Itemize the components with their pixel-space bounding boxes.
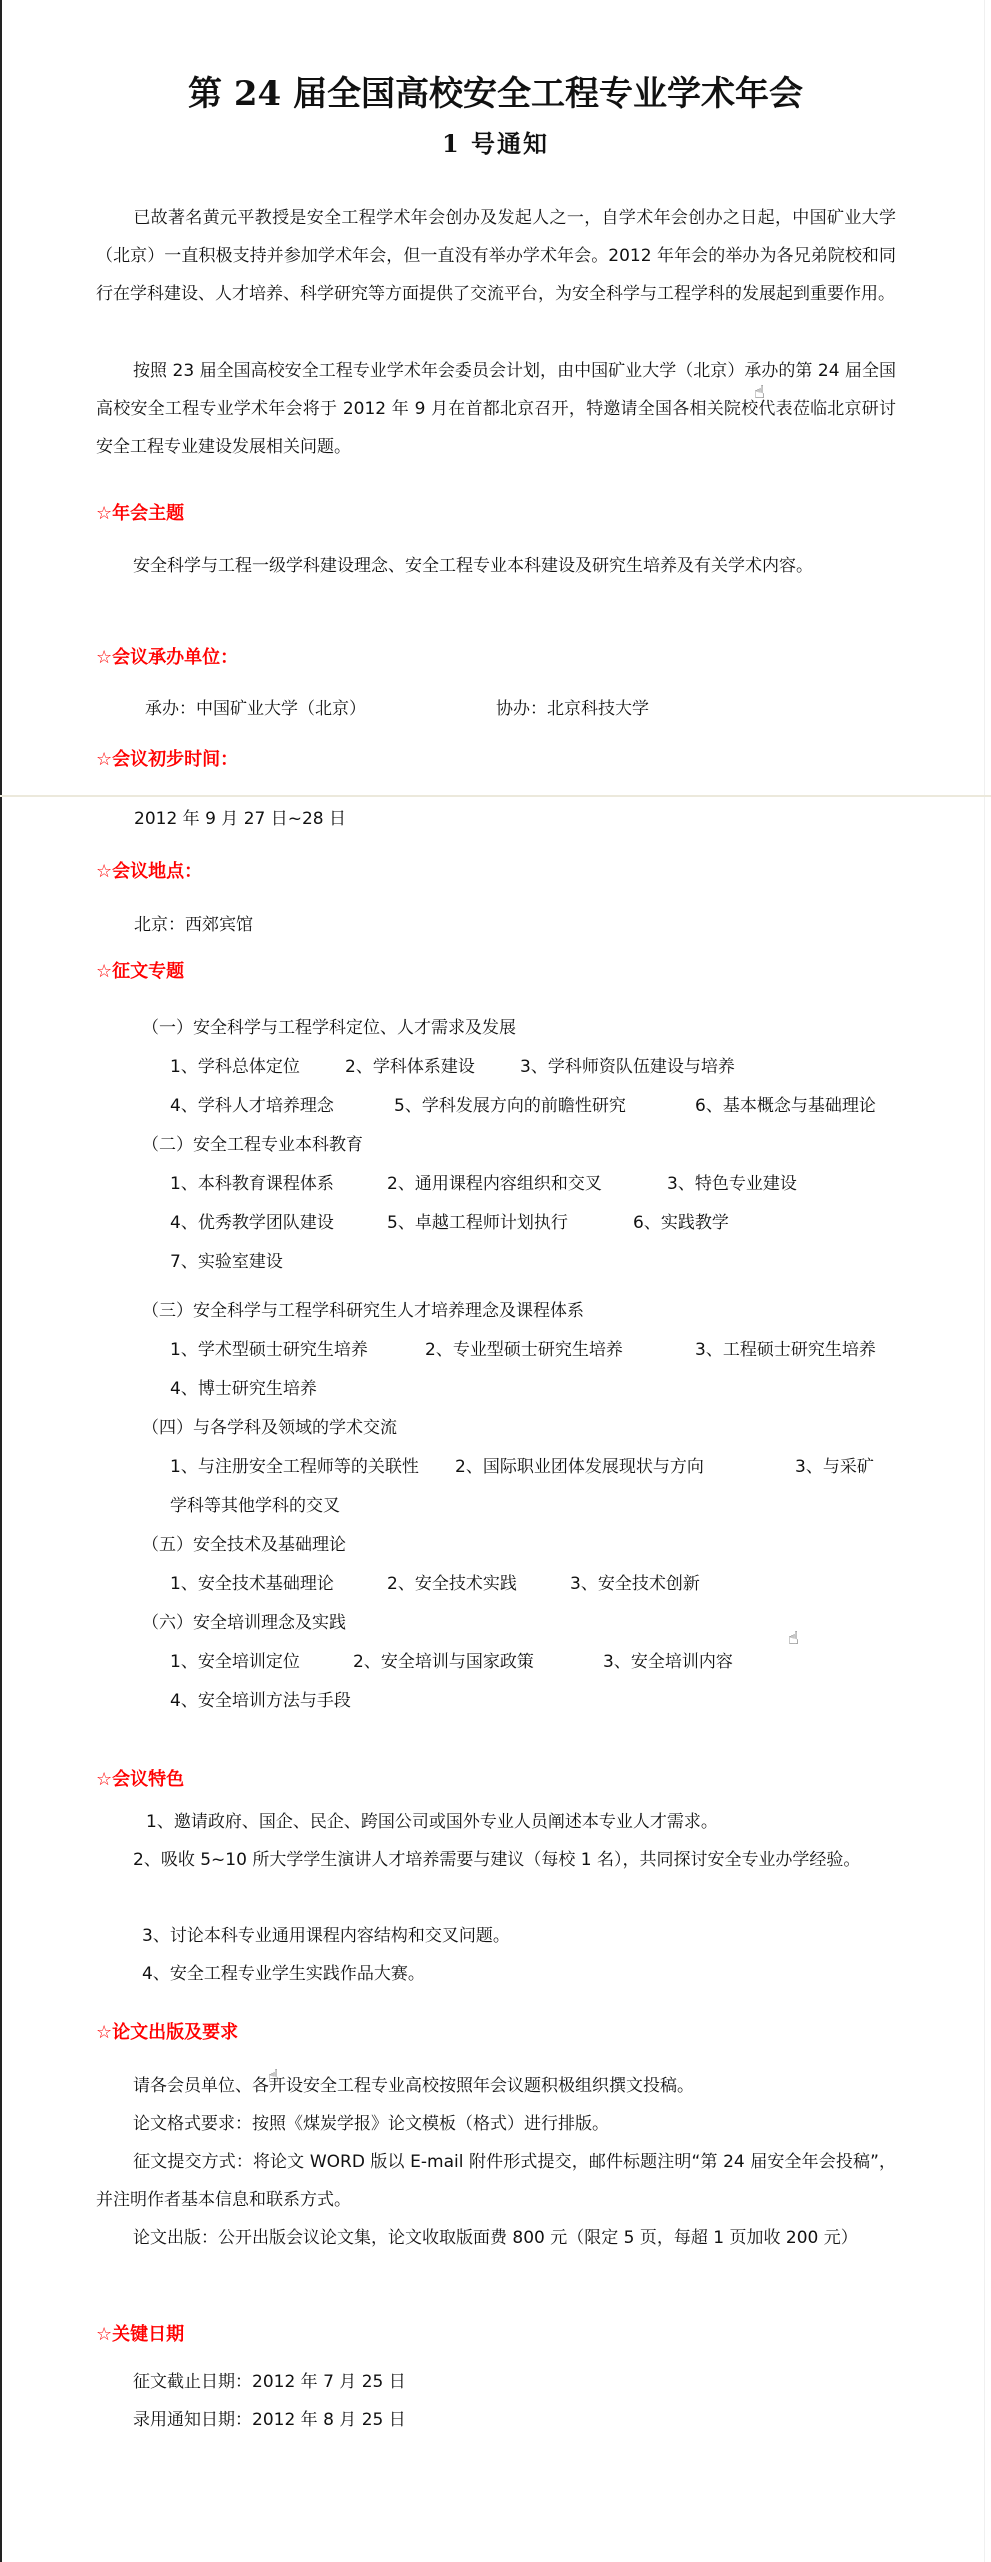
topic-item: 3、学科师资队伍建设与培养 — [520, 1048, 735, 1086]
topic-item: 2、专业型硕士研究生培养 — [425, 1331, 623, 1369]
topic-item: 4、博士研究生培养 — [170, 1370, 317, 1408]
topic-item: 3、安全培训内容 — [603, 1643, 733, 1681]
page-title: 第 24 届全国高校安全工程专业学术年会 — [0, 66, 991, 115]
topic-item: 3、特色专业建设 — [667, 1165, 797, 1203]
section-heading-topics: ☆征文专题 — [96, 957, 184, 983]
topic-item: 2、安全培训与国家政策 — [353, 1643, 534, 1681]
page-subtitle: 1 号通知 — [0, 124, 991, 159]
key-date-item: 征文截止日期：2012 年 7 月 25 日 — [133, 2363, 406, 2401]
intro-paragraph-2: 按照 23 届全国高校安全工程专业学术年会委员会计划，由中国矿业大学（北京）承办… — [96, 352, 896, 466]
topic-item: 学科等其他学科的交叉 — [170, 1487, 340, 1525]
topic-item: 3、工程硕士研究生培养 — [695, 1331, 876, 1369]
topic-group-3-title: （三）安全科学与工程学科研究生人才培养理念及课程体系 — [142, 1292, 584, 1330]
topic-group-4-title: （四）与各学科及领域的学术交流 — [142, 1409, 397, 1447]
topic-item: 6、实践教学 — [633, 1204, 729, 1242]
theme-text: 安全科学与工程一级学科建设理念、安全工程专业本科建设及研究生培养及有关学术内容。 — [96, 547, 896, 585]
topic-item: 1、学术型硕士研究生培养 — [170, 1331, 368, 1369]
publication-item: 征文提交方式：将论文 WORD 版以 E-mail 附件形式提交，邮件标题注明“… — [96, 2143, 896, 2219]
topic-item: 1、学科总体定位 — [170, 1048, 300, 1086]
feature-item: 4、安全工程专业学生实践作品大赛。 — [142, 1955, 425, 1993]
topic-item: 2、安全技术实践 — [387, 1565, 517, 1603]
topic-item: 5、卓越工程师计划执行 — [387, 1204, 568, 1242]
publication-item: 论文出版：公开出版会议论文集，论文收取版面费 800 元（限定 5 页，每超 1… — [96, 2219, 896, 2257]
hand-cursor-icon: ☝ — [754, 382, 765, 403]
topic-item: 6、基本概念与基础理论 — [695, 1087, 876, 1125]
organizer-host: 承办：中国矿业大学（北京） — [145, 690, 366, 728]
topic-item: 1、本科教育课程体系 — [170, 1165, 334, 1203]
feature-item: 1、邀请政府、国企、民企、跨国公司或国外专业人员阐述本专业人才需求。 — [146, 1803, 718, 1841]
key-date-item: 录用通知日期：2012 年 8 月 25 日 — [133, 2401, 406, 2439]
topic-item: 1、安全技术基础理论 — [170, 1565, 334, 1603]
topic-group-5-title: （五）安全技术及基础理论 — [142, 1526, 346, 1564]
intro-paragraph-1: 已故著名黄元平教授是安全工程学术年会创办及发起人之一，自学术年会创办之日起，中国… — [96, 199, 896, 313]
topic-item: 5、学科发展方向的前瞻性研究 — [394, 1087, 626, 1125]
section-heading-theme: ☆年会主题 — [96, 499, 184, 525]
topic-group-2-title: （二）安全工程专业本科教育 — [142, 1126, 363, 1164]
feature-item: 2、吸收 5~10 所大学学生演讲人才培养需要与建议（每校 1 名），共同探讨安… — [96, 1841, 896, 1879]
section-heading-venue: ☆会议地点： — [96, 857, 202, 883]
left-border — [0, 0, 2, 2562]
section-heading-publication: ☆论文出版及要求 — [96, 2018, 238, 2044]
section-heading-time: ☆会议初步时间： — [96, 745, 238, 771]
feature-item: 3、讨论本科专业通用课程内容结构和交叉问题。 — [142, 1917, 510, 1955]
topic-item: 2、学科体系建设 — [345, 1048, 475, 1086]
right-border — [984, 0, 985, 2562]
topic-item: 7、实验室建设 — [170, 1243, 283, 1281]
topic-item: 2、国际职业团体发展现状与方向 — [455, 1448, 704, 1486]
topic-item: 3、安全技术创新 — [570, 1565, 700, 1603]
organizer-co-host: 协办：北京科技大学 — [496, 690, 649, 728]
topic-item: 4、学科人才培养理念 — [170, 1087, 334, 1125]
publication-item: 论文格式要求：按照《煤炭学报》论文模板（格式）进行排版。 — [133, 2105, 609, 2143]
page-seam-divider — [0, 795, 991, 797]
section-heading-organizers: ☆会议承办单位： — [96, 643, 238, 669]
hand-cursor-icon: ☝ — [788, 1628, 799, 1649]
meeting-time: 2012 年 9 月 27 日~28 日 — [134, 800, 346, 838]
section-heading-key-dates: ☆关键日期 — [96, 2320, 184, 2346]
topic-item: 2、通用课程内容组织和交叉 — [387, 1165, 602, 1203]
hand-cursor-icon: ☝ — [268, 2066, 279, 2087]
meeting-venue: 北京：西郊宾馆 — [134, 906, 253, 944]
section-heading-features: ☆会议特色 — [96, 1765, 184, 1791]
topic-item: 1、安全培训定位 — [170, 1643, 300, 1681]
publication-item: 请各会员单位、各开设安全工程专业高校按照年会议题积极组织撰文投稿。 — [133, 2067, 694, 2105]
topic-item: 1、与注册安全工程师等的关联性 — [170, 1448, 419, 1486]
topic-group-1-title: （一）安全科学与工程学科定位、人才需求及发展 — [142, 1009, 516, 1047]
topic-item: 4、优秀教学团队建设 — [170, 1204, 334, 1242]
topic-item: 4、安全培训方法与手段 — [170, 1682, 351, 1720]
topic-item: 3、与采矿 — [795, 1448, 874, 1486]
topic-group-6-title: （六）安全培训理念及实践 — [142, 1604, 346, 1642]
